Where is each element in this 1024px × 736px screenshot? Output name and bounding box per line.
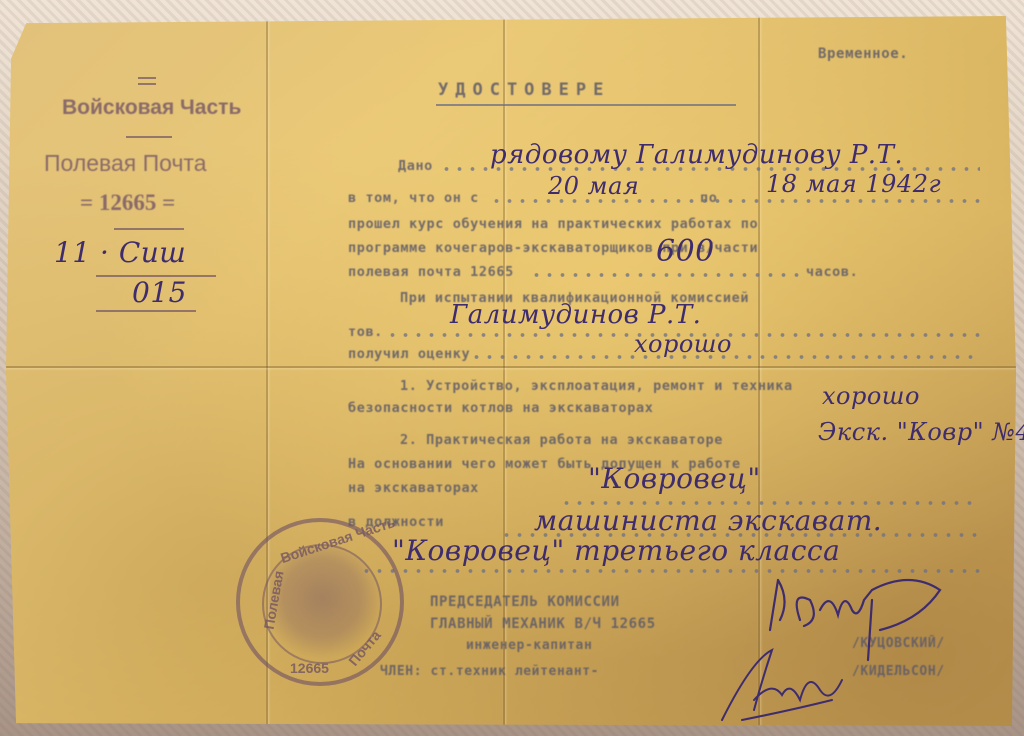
typed-line: прошел курс обучения на практических раб…	[348, 216, 758, 232]
handwritten-item2: Экск. "Ковр" №4	[818, 418, 1024, 446]
title-underline	[436, 104, 736, 106]
commission-member-role: ЧЛЕН: ст.техник лейтенант-	[380, 664, 599, 679]
typed-item-2: 2. Практическая работа на экскаваторе	[400, 432, 723, 448]
stamp-rule	[138, 77, 156, 79]
typed-comrade: тов.	[348, 324, 383, 340]
typed-given: Дано	[398, 158, 433, 174]
commission-chair-role: ГЛАВНЫЙ МЕХАНИК В/Ч 12665	[430, 616, 656, 632]
fold-line	[6, 366, 1016, 368]
typed-line: безопасности котлов на экскаваторах	[348, 400, 653, 416]
typed-line: полевая почта 12665	[348, 264, 514, 280]
handwritten-date-from: 20 мая	[548, 172, 639, 200]
typed-line: получил оценку	[348, 346, 470, 362]
handwritten-surname: Галимудинов Р.Т.	[450, 300, 701, 330]
stamp-field-post: Полевая Почта	[44, 150, 207, 177]
temporary-label: Временное.	[818, 46, 908, 62]
official-round-seal: Войсковая Часть Полевая 12665 Почта	[236, 518, 404, 686]
handwritten-reg-sub: 015	[132, 276, 187, 309]
stamp-rule	[96, 310, 196, 312]
fill-line	[530, 272, 800, 278]
commission-chair-rank: инженер-капитан	[466, 638, 592, 653]
handwritten-grade: хорошо	[634, 330, 732, 358]
handwritten-excavator-type: "Ковровец"	[588, 462, 761, 495]
stamp-rule	[126, 136, 172, 138]
typed-line: в том, что он с	[348, 190, 479, 206]
typed-hours: часов.	[806, 264, 858, 280]
handwritten-hours: 600	[656, 234, 715, 269]
stamp-military-unit: Войсковая Часть	[62, 96, 241, 120]
seal-text-number: 12665	[290, 660, 329, 676]
stamp-rule	[138, 83, 156, 85]
typed-item-1: 1. Устройство, эксплоатация, ремонт и те…	[400, 378, 793, 394]
member-signature	[712, 640, 852, 730]
typed-line: на экскаваторах	[348, 480, 479, 496]
stamp-rule	[114, 228, 184, 230]
handwritten-grade-item1: хорошо	[822, 382, 920, 410]
handwritten-recipient: рядовому Галимудинову Р.Т.	[490, 140, 903, 170]
handwritten-date-to: 18 мая 1942г	[766, 170, 941, 198]
document-title: УДОСТОВЕРЕ	[438, 80, 610, 100]
stamp-number: = 12665 =	[80, 190, 175, 216]
handwritten-reg-number: 11 · Сиш	[54, 236, 186, 269]
typed-po: по	[700, 190, 717, 206]
commission-chair-title: ПРЕДСЕДАТЕЛЬ КОМИССИИ	[430, 594, 620, 610]
handwritten-position: машиниста экскават.	[534, 504, 882, 537]
